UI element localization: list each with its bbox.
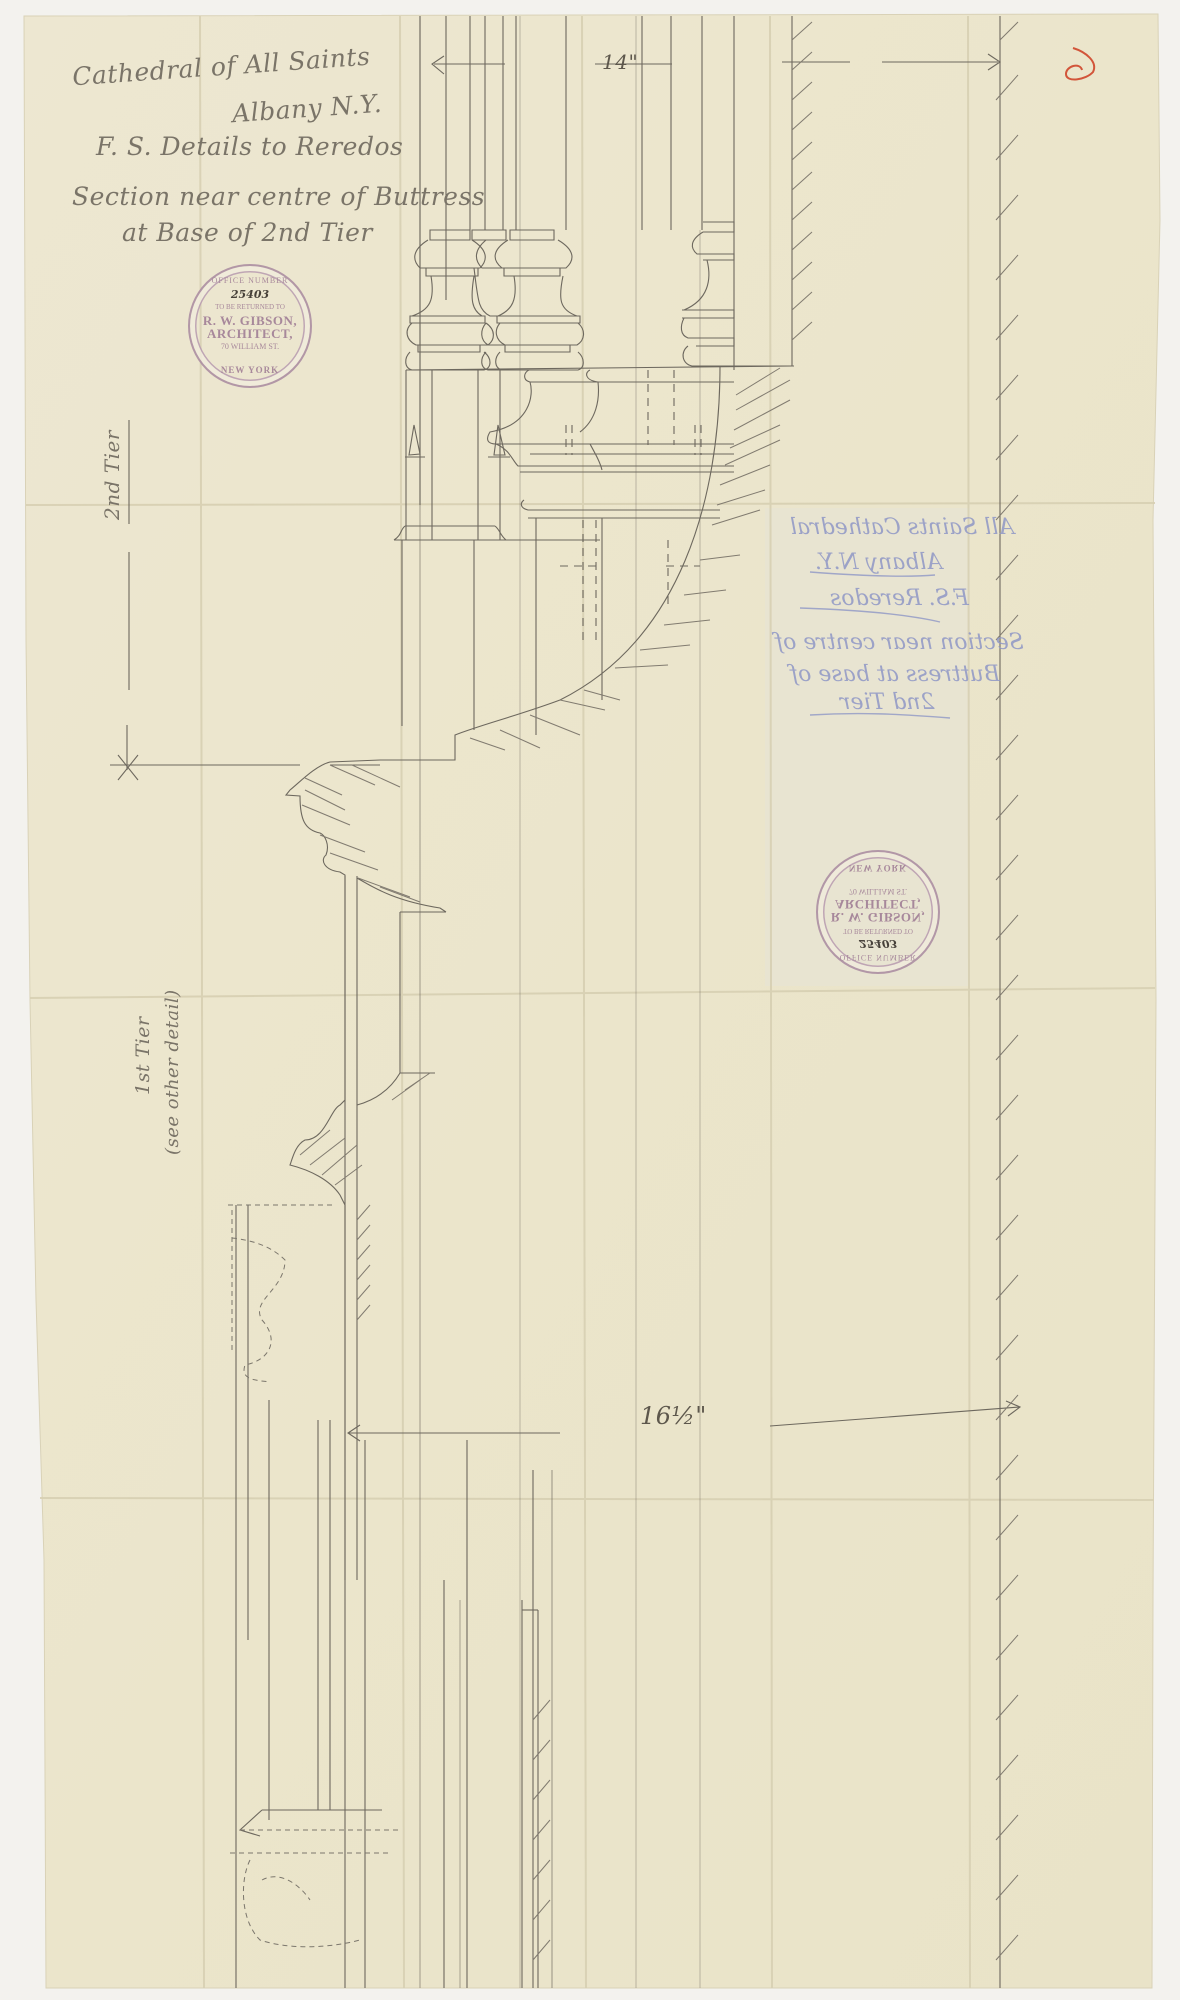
- label-1st-tier: 1st Tier: [132, 1016, 154, 1095]
- verso-line-2: Albany N.Y.: [815, 550, 942, 575]
- stamp-architect-name: R. W. GIBSON,: [818, 911, 938, 924]
- architect-stamp: OFFICE NUMBER 25403 TO BE RETURNED TO R.…: [188, 264, 312, 388]
- stamp-arc-top: OFFICE NUMBER: [190, 274, 310, 287]
- stamp-address: 70 WILLIAM ST.: [190, 340, 310, 353]
- verso-line-3: F.S. Reredos: [830, 586, 969, 611]
- verso-line-6: 2nd Tier: [840, 690, 935, 715]
- verso-line-1: All Saints Cathedral: [790, 515, 1014, 540]
- stamp-arc-bottom: NEW YORK: [190, 364, 310, 377]
- stamp-arc-bottom: NEW YORK: [818, 861, 938, 874]
- verso-line-4: Section near centre of: [775, 630, 1024, 655]
- label-see-other-detail: (see other detail): [162, 989, 183, 1155]
- architect-stamp-mirrored: OFFICE NUMBER 25403 TO BE RETURNED TO R.…: [816, 850, 940, 974]
- title-line-section: Section near centre of Buttress: [72, 182, 485, 211]
- label-2nd-tier: 2nd Tier: [100, 430, 124, 520]
- stamp-arc-top: OFFICE NUMBER: [818, 951, 938, 964]
- stamp-office-number: 25403: [818, 937, 938, 950]
- title-line-tier: at Base of 2nd Tier: [122, 218, 373, 247]
- stamp-architect-title: ARCHITECT,: [818, 898, 938, 911]
- stamp-office-number: 25403: [190, 288, 310, 301]
- stamp-architect-title: ARCHITECT,: [190, 327, 310, 340]
- verso-line-5: Buttress at base of: [790, 662, 1000, 687]
- dimension-bottom: 16½": [640, 1402, 707, 1430]
- drawing-sheet: Cathedral of All Saints Albany N.Y. F. S…: [0, 0, 1180, 2000]
- dimension-top: 14": [602, 50, 638, 74]
- stamp-return-line: TO BE RETURNED TO: [818, 924, 938, 937]
- title-line-details: F. S. Details to Reredos: [96, 132, 403, 161]
